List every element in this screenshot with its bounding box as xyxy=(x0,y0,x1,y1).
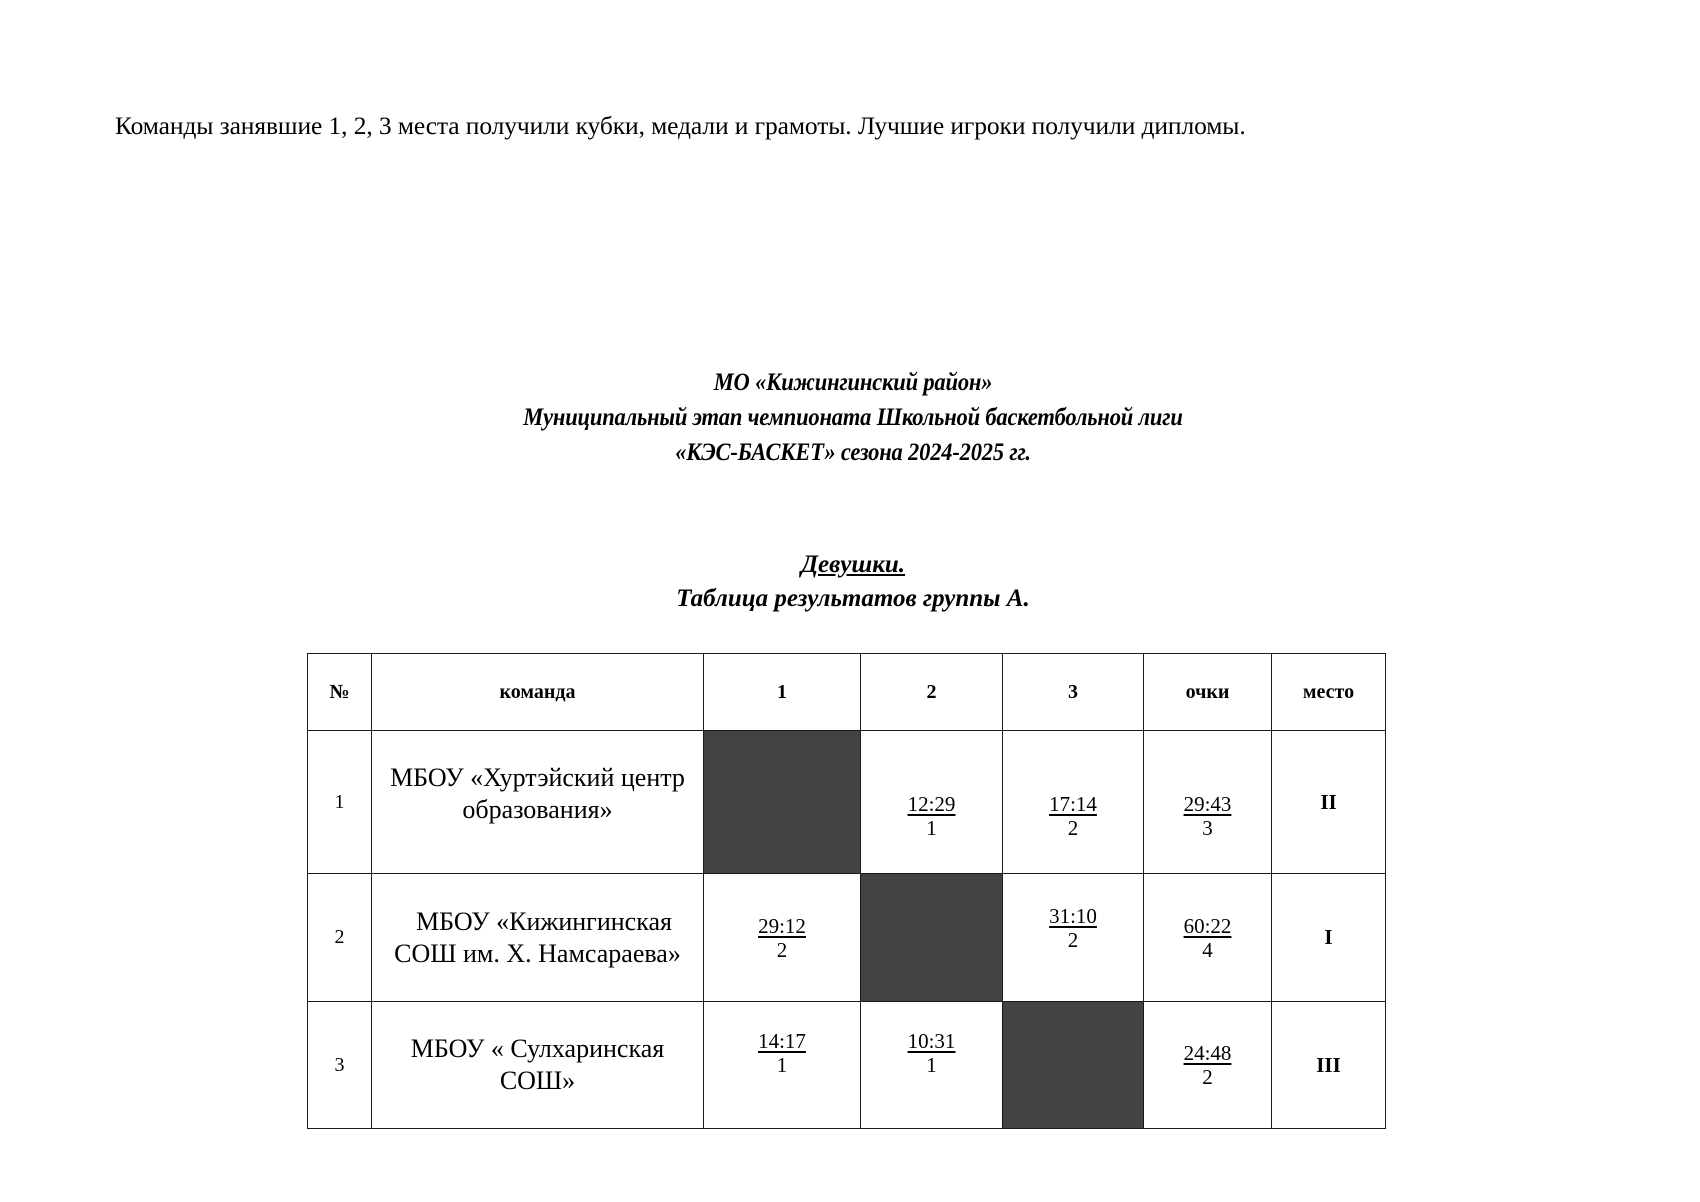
header-number: № xyxy=(308,654,372,731)
team-name: МБОУ «Кижингинская СОШ им. Х. Намсараева… xyxy=(372,874,704,1002)
total-score: 29:43 xyxy=(1184,792,1232,816)
game-score: 14:17 xyxy=(758,1029,806,1053)
game-result: 10:31 1 xyxy=(908,1029,956,1077)
game-points: 2 xyxy=(1049,928,1097,952)
game-points: 2 xyxy=(1049,816,1097,840)
game-score: 31:10 xyxy=(1049,904,1097,928)
total-score: 60:22 xyxy=(1184,914,1232,938)
game-result-cell: 14:17 1 xyxy=(704,1002,861,1129)
game-result: 12:29 1 xyxy=(908,792,956,840)
row-number: 2 xyxy=(308,874,372,1002)
game-result: 29:12 2 xyxy=(758,914,806,962)
game-score: 29:12 xyxy=(758,914,806,938)
total-points: 3 xyxy=(1184,816,1232,840)
game-result-cell: 12:29 1 xyxy=(861,731,1003,874)
game-result: 17:14 2 xyxy=(1049,792,1097,840)
table-title: Таблица результатов группы А. xyxy=(0,582,1700,616)
game-result-cell: 17:14 2 xyxy=(1003,731,1144,874)
total-cell: 24:48 2 xyxy=(1144,1002,1272,1129)
game-result-cell: 29:12 2 xyxy=(704,874,861,1002)
total-cell: 29:43 3 xyxy=(1144,731,1272,874)
table-row: 3 МБОУ « Сулхаринская СОШ» 14:17 1 10:31… xyxy=(308,1002,1386,1129)
total-points: 4 xyxy=(1184,938,1232,962)
team-name: МБОУ « Сулхаринская СОШ» xyxy=(372,1002,704,1129)
header-game-2: 2 xyxy=(861,654,1003,731)
table-header-row: № команда 1 2 3 очки место xyxy=(308,654,1386,731)
game-score: 17:14 xyxy=(1049,792,1097,816)
total-result: 60:22 4 xyxy=(1184,914,1232,962)
total-points: 2 xyxy=(1184,1065,1232,1089)
place: I xyxy=(1272,874,1386,1002)
header-game-1: 1 xyxy=(704,654,861,731)
header-team: команда xyxy=(372,654,704,731)
total-result: 24:48 2 xyxy=(1184,1041,1232,1089)
intro-paragraph: Команды занявшие 1, 2, 3 места получили … xyxy=(115,110,1246,142)
title-municipality: МО «Кижингинский район» xyxy=(85,365,1620,400)
section-heading: Девушки. Таблица результатов группы А. xyxy=(0,548,1700,616)
title-season: «КЭС-БАСКЕТ» сезона 2024-2025 гг. xyxy=(85,435,1620,470)
game-points: 1 xyxy=(758,1053,806,1077)
game-result: 14:17 1 xyxy=(758,1029,806,1077)
place: III xyxy=(1272,1002,1386,1129)
game-points: 2 xyxy=(758,938,806,962)
self-match-cell xyxy=(861,874,1003,1002)
row-number: 3 xyxy=(308,1002,372,1129)
total-result: 29:43 3 xyxy=(1184,792,1232,840)
results-table: № команда 1 2 3 очки место 1 МБОУ «Хуртэ… xyxy=(307,653,1386,1129)
game-points: 1 xyxy=(908,816,956,840)
header-place: место xyxy=(1272,654,1386,731)
title-championship: Муниципальный этап чемпионата Школьной б… xyxy=(85,400,1620,435)
team-name: МБОУ «Хуртэйский центр образования» xyxy=(372,731,704,874)
game-result-cell: 31:10 2 xyxy=(1003,874,1144,1002)
self-match-cell xyxy=(1003,1002,1144,1129)
header-game-3: 3 xyxy=(1003,654,1144,731)
header-points: очки xyxy=(1144,654,1272,731)
row-number: 1 xyxy=(308,731,372,874)
category-heading: Девушки. xyxy=(0,548,1700,582)
game-points: 1 xyxy=(908,1053,956,1077)
game-score: 12:29 xyxy=(908,792,956,816)
game-result: 31:10 2 xyxy=(1049,904,1097,952)
game-score: 10:31 xyxy=(908,1029,956,1053)
total-cell: 60:22 4 xyxy=(1144,874,1272,1002)
table-row: 2 МБОУ «Кижингинская СОШ им. Х. Намсарае… xyxy=(308,874,1386,1002)
total-score: 24:48 xyxy=(1184,1041,1232,1065)
self-match-cell xyxy=(704,731,861,874)
game-result-cell: 10:31 1 xyxy=(861,1002,1003,1129)
place: II xyxy=(1272,731,1386,874)
document-title: МО «Кижингинский район» Муниципальный эт… xyxy=(0,365,1700,470)
table-row: 1 МБОУ «Хуртэйский центр образования» 12… xyxy=(308,731,1386,874)
